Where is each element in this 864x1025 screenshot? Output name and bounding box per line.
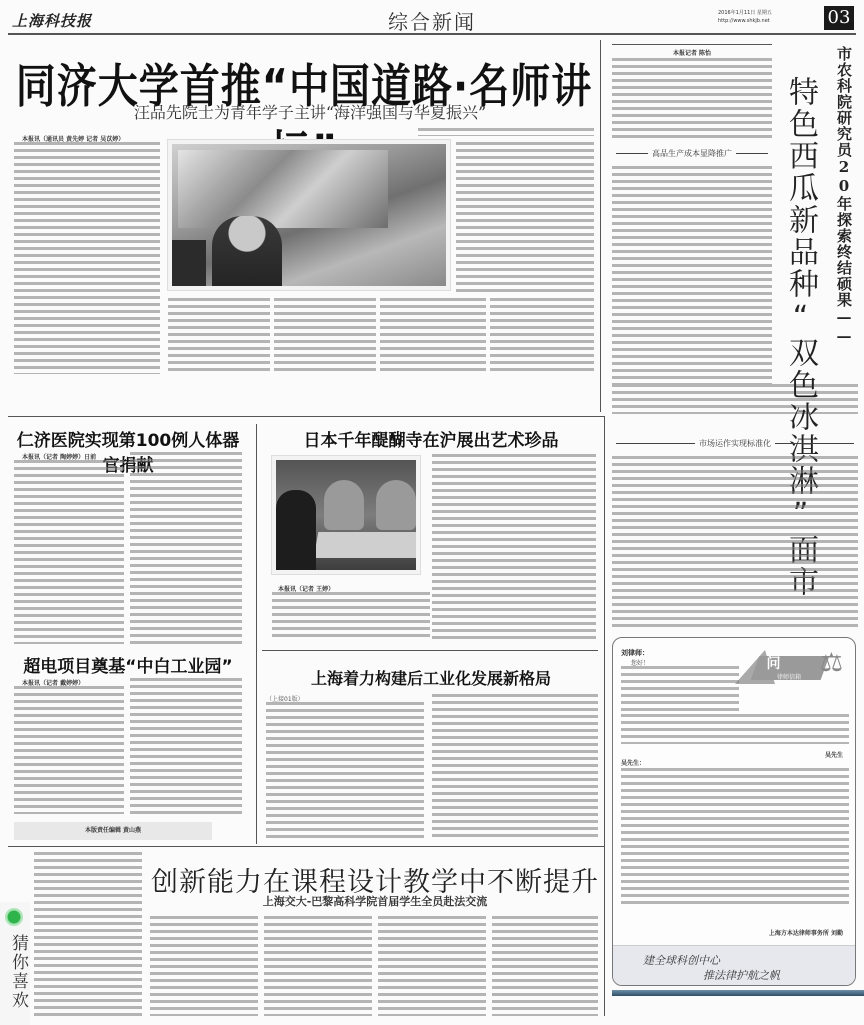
right-kicker: 市农科院研究员20年探索终结硕果—— xyxy=(834,46,855,346)
right-subhead-1: 高品生产成本显降推广 xyxy=(612,148,772,159)
law-advice-box: 刘律师： 问 律师信箱 ⚖ 您好！ 吴先生 吴先生： 上海方本达律师事务所 刘勤… xyxy=(612,637,856,986)
editor-note: 本版责任编辑 黄山燕 xyxy=(14,822,212,840)
chaodian-headline[interactable]: 超电项目奠基“中白工业园” xyxy=(14,652,242,677)
law-greeting: 刘律师： xyxy=(621,648,649,658)
lead-body-col5 xyxy=(380,298,486,374)
law-column-logo: 问 律师信箱 ⚖ xyxy=(735,646,843,686)
bottom-body-col4 xyxy=(378,916,486,1016)
daigoji-body-col2 xyxy=(432,454,596,640)
law-answer xyxy=(621,768,849,906)
visitor-silhouette xyxy=(276,490,316,574)
lead-body-col4-top xyxy=(418,128,594,136)
daigoji-bottom-rule xyxy=(262,650,598,651)
law-slogan-2: 推法律护航之帆 xyxy=(703,967,780,983)
lead-subheadline: 汪品先院士为青年学子主讲“海洋强国与华夏振兴” xyxy=(50,100,570,123)
law-slogan-1: 建全球科创中心 xyxy=(643,952,720,968)
renji-body-col1 xyxy=(14,460,124,644)
website-url: http://www.shkjb.net xyxy=(718,17,808,25)
daigoji-body-col1 xyxy=(272,592,430,640)
chaodian-body-col2 xyxy=(130,678,242,814)
lead-body-col2 xyxy=(168,298,270,374)
podium xyxy=(172,240,206,290)
renji-body-col2 xyxy=(130,452,242,644)
daigoji-photo[interactable] xyxy=(272,456,420,574)
statue-1 xyxy=(324,480,364,530)
projection-screen xyxy=(178,150,388,228)
bottom-subheadline: 上海交大-巴黎高科学院首届学生全员赴法交流 xyxy=(150,893,600,909)
law-reply-to: 吴先生： xyxy=(621,758,645,767)
law-logo-main: 问 xyxy=(756,656,826,672)
lecturer-figure xyxy=(212,216,282,290)
dateline: 2016年1月11日 星期五 http://www.shkjb.net xyxy=(718,9,808,25)
shanghai-body-col2 xyxy=(432,694,598,840)
bottom-body-col3 xyxy=(264,916,372,1016)
lead-body-col1 xyxy=(14,142,160,374)
law-signature-1: 吴先生 xyxy=(825,750,843,759)
chaodian-body-col1 xyxy=(14,686,124,814)
masthead: 上海科技报 综合新闻 2016年1月11日 星期五 http://www.shk… xyxy=(0,0,864,34)
guess-you-like-label[interactable]: 猜你喜欢 xyxy=(6,934,31,1010)
bottom-body-col2 xyxy=(150,916,258,1016)
column-divider xyxy=(600,40,601,412)
right-body-4 xyxy=(612,456,858,628)
law-signature-2: 上海方本达律师事务所 刘勤 xyxy=(769,928,843,937)
lead-body-col6 xyxy=(490,298,594,374)
right-body-2 xyxy=(612,166,772,384)
lead-body-col3 xyxy=(274,298,376,374)
header-divider xyxy=(8,33,856,35)
mid-column-divider xyxy=(256,424,257,844)
lead-bottom-rule xyxy=(8,416,604,417)
right-byline: 本报记者 陈怡 xyxy=(612,48,772,57)
bottom-section-rule xyxy=(8,846,604,847)
right-column-divider xyxy=(604,416,605,1016)
bottom-body-col1 xyxy=(34,852,142,1018)
law-footer: 建全球科创中心 推法律护航之帆 xyxy=(613,945,855,985)
bottom-body-col5 xyxy=(492,916,598,1016)
scroll-table xyxy=(314,532,420,558)
daigoji-headline[interactable]: 日本千年醍醐寺在沪展出艺术珍品 xyxy=(262,426,600,451)
right-body-3 xyxy=(612,384,858,414)
shanghai-body-col1 xyxy=(266,702,424,840)
lead-photo[interactable] xyxy=(168,140,450,290)
right-subhead-2: 市场运作实现标准化 xyxy=(612,438,858,449)
green-dot-icon xyxy=(5,908,23,926)
law-question-2 xyxy=(621,714,849,744)
guess-you-like-widget[interactable]: 猜你喜欢 xyxy=(0,902,30,1025)
right-body-1 xyxy=(612,58,772,138)
law-logo-sub: 律师信箱 xyxy=(777,672,801,681)
scales-of-justice-icon: ⚖ xyxy=(820,648,843,678)
lead-body-col4 xyxy=(456,142,594,292)
page-number: 03 xyxy=(824,6,854,30)
law-question-1 xyxy=(621,666,739,714)
issue-date: 2016年1月11日 星期五 xyxy=(718,9,808,17)
statue-2 xyxy=(376,480,416,530)
shanghai-headline[interactable]: 上海着力构建后工业化发展新格局 xyxy=(262,666,600,689)
right-top-rule xyxy=(612,44,772,45)
decorative-bar xyxy=(612,990,864,996)
